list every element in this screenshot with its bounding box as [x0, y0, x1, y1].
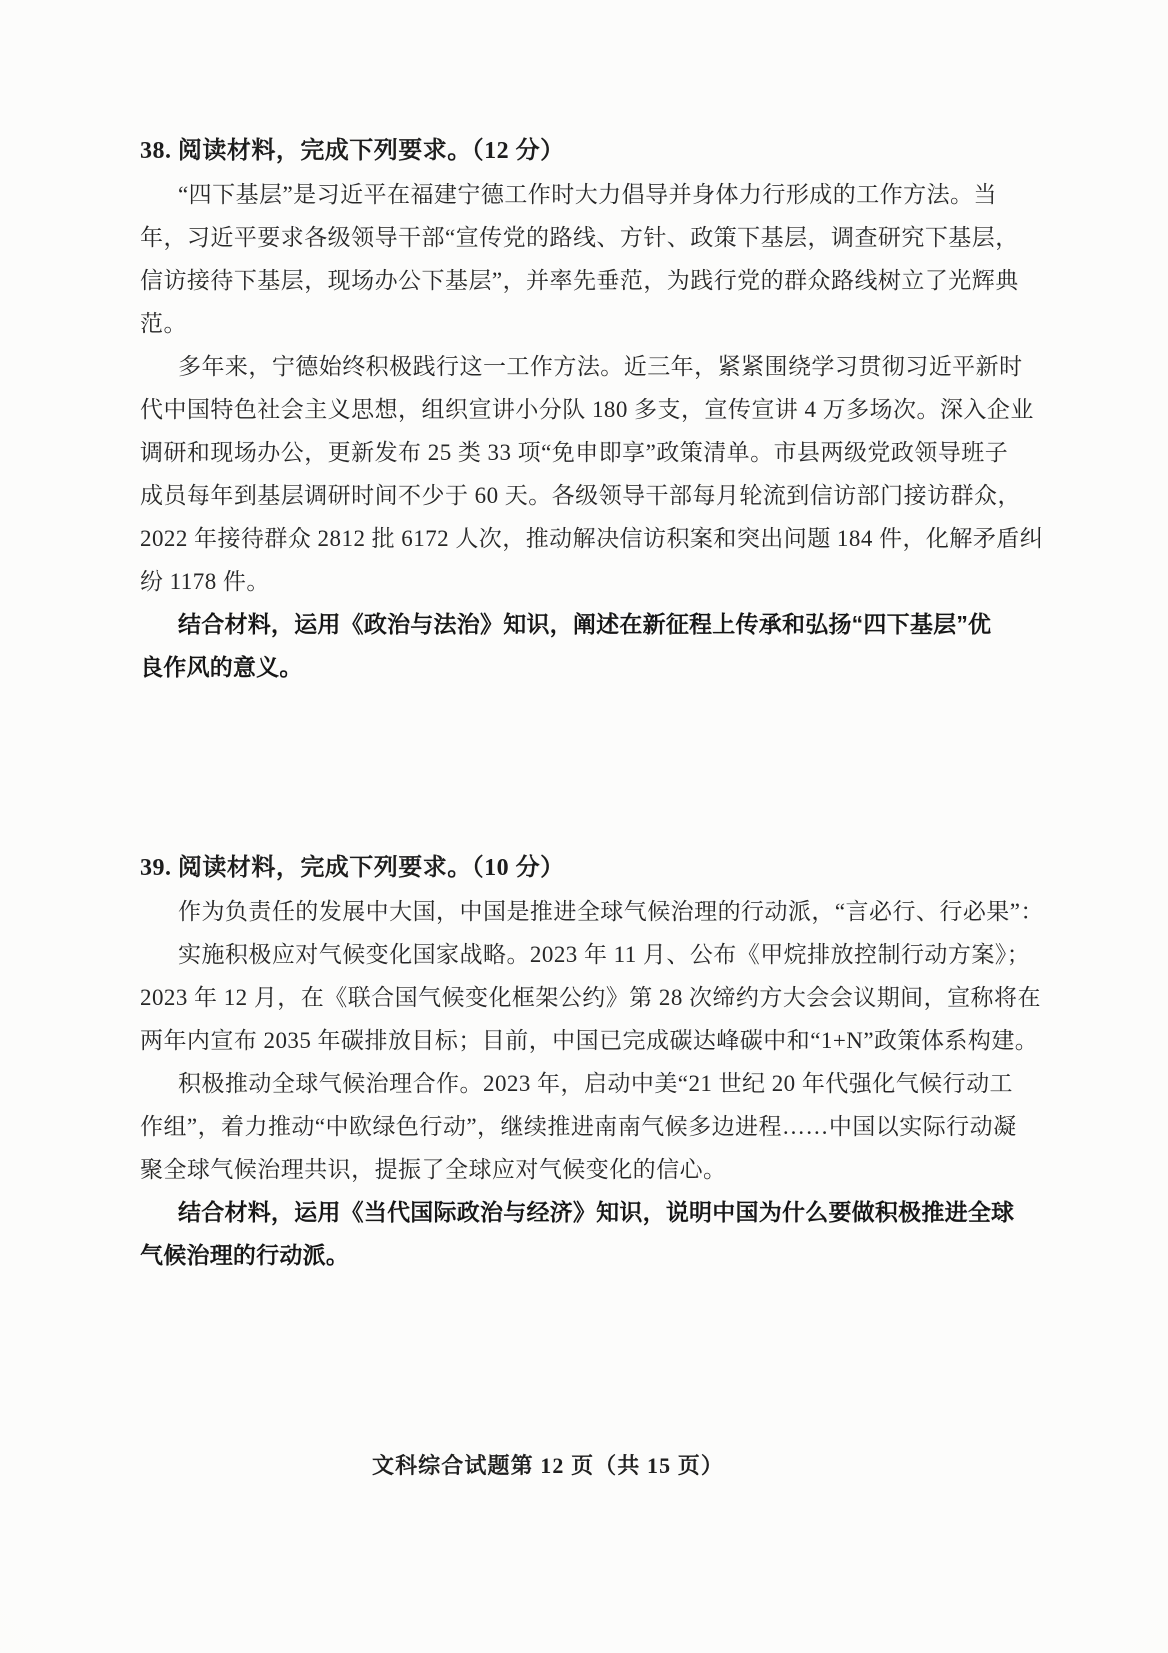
question-38-heading: 38. 阅读材料，完成下列要求。（12 分）: [140, 130, 1036, 173]
q38-paragraph2-line: 代中国特色社会主义思想，组织宣讲小分队 180 多支，宣传宣讲 4 万多场次。深…: [140, 388, 1036, 431]
q38-paragraph2-line: 成员每年到基层调研时间不少于 60 天。各级领导干部每月轮流到信访部门接访群众，: [140, 474, 1036, 517]
question-39: 39. 阅读材料，完成下列要求。（10 分） 作为负责任的发展中大国，中国是推进…: [140, 847, 1036, 1277]
q38-paragraph2-line: 多年来，宁德始终积极践行这一工作方法。近三年，紧紧围绕学习贯彻习近平新时: [140, 345, 1036, 388]
page-footer: 文科综合试题第 12 页（共 15 页）: [100, 1444, 996, 1487]
q39-paragraph3-line: 积极推动全球气候治理合作。2023 年，启动中美“21 世纪 20 年代强化气候…: [140, 1062, 1036, 1105]
q39-paragraph2-line: 两年内宣布 2035 年碳排放目标；目前，中国已完成碳达峰碳中和“1+N”政策体…: [140, 1019, 1036, 1062]
blank-answer-space: [140, 689, 1036, 847]
q38-paragraph2-line: 调研和现场办公，更新发布 25 类 33 项“免申即享”政策清单。市县两级党政领…: [140, 431, 1036, 474]
q39-paragraph3-line: 作组”，着力推动“中欧绿色行动”，继续推进南南气候多边进程……中国以实际行动凝: [140, 1105, 1036, 1148]
q39-paragraph2-line: 实施积极应对气候变化国家战略。2023 年 11 月、公布《甲烷排放控制行动方案…: [140, 933, 1036, 976]
question-39-heading: 39. 阅读材料，完成下列要求。（10 分）: [140, 847, 1036, 890]
q39-task-line: 气候治理的行动派。: [140, 1234, 1036, 1277]
q39-paragraph3-line: 聚全球气候治理共识，提振了全球应对气候变化的信心。: [140, 1148, 1036, 1191]
q38-paragraph2-line: 纷 1178 件。: [140, 560, 1036, 603]
q38-paragraph1-line: 信访接待下基层，现场办公下基层”，并率先垂范，为践行党的群众路线树立了光辉典: [140, 259, 1036, 302]
question-38: 38. 阅读材料，完成下列要求。（12 分） “四下基层”是习近平在福建宁德工作…: [140, 130, 1036, 689]
q38-paragraph1-line: 范。: [140, 302, 1036, 345]
q38-task-line: 良作风的意义。: [140, 646, 1036, 689]
q38-task-line: 结合材料，运用《政治与法治》知识，阐述在新征程上传承和弘扬“四下基层”优: [140, 603, 1036, 646]
q38-paragraph1-line: “四下基层”是习近平在福建宁德工作时大力倡导并身体力行形成的工作方法。当: [140, 173, 1036, 216]
q38-paragraph1-line: 年，习近平要求各级领导干部“宣传党的路线、方针、政策下基层，调查研究下基层，: [140, 216, 1036, 259]
q39-paragraph2-line: 2023 年 12 月，在《联合国气候变化框架公约》第 28 次缔约方大会会议期…: [140, 976, 1036, 1019]
q39-paragraph1-line: 作为负责任的发展中大国，中国是推进全球气候治理的行动派，“言必行、行必果”：: [140, 890, 1036, 933]
q38-paragraph2-line: 2022 年接待群众 2812 批 6172 人次，推动解决信访积案和突出问题 …: [140, 517, 1036, 560]
q39-task-line: 结合材料，运用《当代国际政治与经济》知识，说明中国为什么要做积极推进全球: [140, 1191, 1036, 1234]
exam-page-content: 38. 阅读材料，完成下列要求。（12 分） “四下基层”是习近平在福建宁德工作…: [140, 130, 1036, 1277]
